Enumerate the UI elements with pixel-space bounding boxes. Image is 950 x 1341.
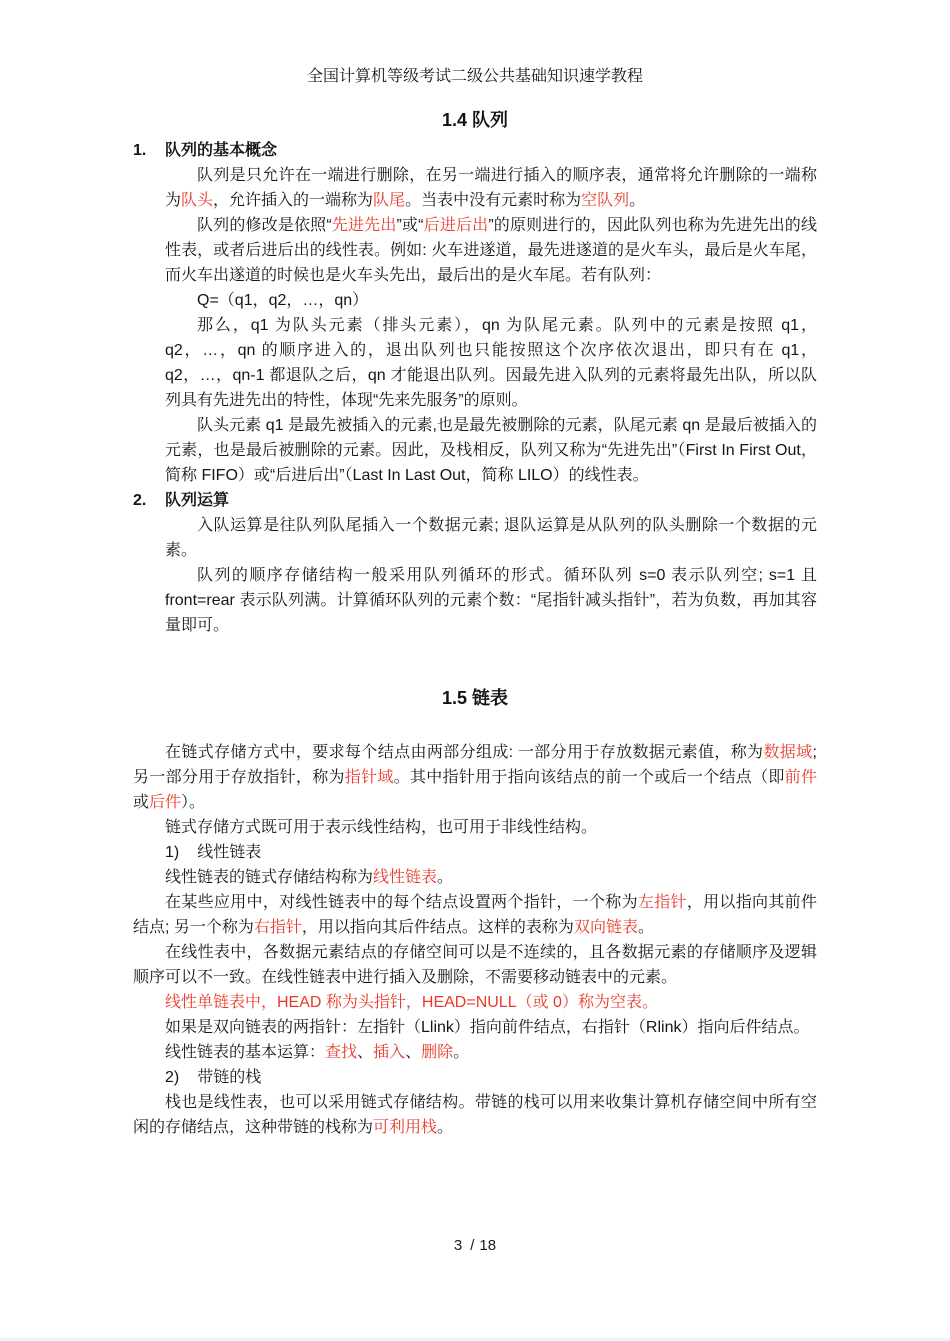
paragraph: 队列的顺序存储结构一般采用队列循环的形式。循环队列 s=0 表示队列空; s=1… xyxy=(165,563,817,638)
text-run: 队列的修改是依照“ xyxy=(197,217,332,234)
section-heading: 1.4 队列 xyxy=(133,108,817,132)
text-run: 、 xyxy=(357,1044,373,1061)
text-run: ）。 xyxy=(181,794,205,811)
paragraph: 线性单链表中，HEAD 称为头指针，HEAD=NULL（或 0）称为空表。 xyxy=(133,990,817,1015)
formula-line: Q=（q1，q2，…，qn） xyxy=(165,288,817,313)
total-page-count: 18 xyxy=(479,1237,496,1254)
highlighted-term: 队尾 xyxy=(373,192,405,209)
text-run: 在链式存储方式中，要求每个结点由两部分组成: 一部分用于存放数据元素值，称为 xyxy=(165,744,763,761)
paragraph: 线性链表的链式存储结构称为线性链表。 xyxy=(133,865,817,890)
numbered-item-heading: 2.队列运算 xyxy=(133,488,817,513)
text-run: 队列的顺序存储结构一般采用队列循环的形式。循环队列 s=0 表示队列空; s=1… xyxy=(165,567,817,634)
text-run: 入队运算是往队列队尾插入一个数据元素; 退队运算是从队列的队头删除一个数据的元素… xyxy=(165,517,817,559)
current-page-number: 3 xyxy=(454,1237,462,1254)
text-run: 链式存储方式既可用于表示线性结构，也可用于非线性结构。 xyxy=(165,819,597,836)
paragraph: 在某些应用中，对线性链表中的每个结点设置两个指针，一个称为左指针，用以指向其前件… xyxy=(133,890,817,940)
highlighted-term: 指针域 xyxy=(345,769,394,786)
paragraph: 如果是双向链表的两指针：左指针（Llink）指向前件结点，右指针（Rlink）指… xyxy=(133,1015,817,1040)
paragraph: 入队运算是往队列队尾插入一个数据元素; 退队运算是从队列的队头删除一个数据的元素… xyxy=(165,513,817,563)
highlighted-term: 插入 xyxy=(373,1044,405,1061)
highlighted-term: 可利用栈 xyxy=(373,1119,437,1136)
numbered-item-heading: 1.队列的基本概念 xyxy=(133,138,817,163)
text-run: 。 xyxy=(638,919,654,936)
highlighted-term: 队头 xyxy=(181,192,213,209)
paragraph: 那么，q1 为队头元素（排头元素），qn 为队尾元素。队列中的元素是按照 q1，… xyxy=(165,313,817,413)
section-2: 1.5 链表在链式存储方式中，要求每个结点由两部分组成: 一部分用于存放数据元素… xyxy=(133,686,817,1140)
section-1: 1.4 队列1.队列的基本概念队列是只允许在一端进行删除，在另一端进行插入的顺序… xyxy=(133,108,817,638)
item-title: 队列运算 xyxy=(165,488,229,513)
text-run: 如果是双向链表的两指针：左指针（Llink）指向前件结点，右指针（Rlink）指… xyxy=(165,1019,809,1036)
text-run: 队头元素 q1 是最先被插入的元素,也是最先被删除的元素，队尾元素 qn 是最后… xyxy=(165,417,817,484)
highlighted-term: 双向链表 xyxy=(574,919,638,936)
highlighted-term: 线性链表 xyxy=(373,869,437,886)
item-title: 带链的栈 xyxy=(197,1069,261,1086)
text-run: 。 xyxy=(437,869,453,886)
section-blocks: 1.队列的基本概念队列是只允许在一端进行删除，在另一端进行插入的顺序表，通常将允… xyxy=(133,138,817,638)
text-run: 在某些应用中，对线性链表中的每个结点设置两个指针，一个称为 xyxy=(165,894,638,911)
page-footer: 3/18 xyxy=(0,1237,950,1254)
text-run: 栈也是线性表，也可以采用链式存储结构。带链的栈可以用来收集计算机存储空间中所有空… xyxy=(133,1094,817,1136)
text-run: 。当表中没有元素时称为 xyxy=(405,192,581,209)
highlighted-term: 空队列 xyxy=(581,192,629,209)
item-number: 1. xyxy=(133,138,165,163)
text-run: 。 xyxy=(629,192,645,209)
paragraph: 队列是只允许在一端进行删除，在另一端进行插入的顺序表，通常将允许删除的一端称为队… xyxy=(165,163,817,213)
highlighted-term: 线性单链表中，HEAD 称为头指针，HEAD=NULL（或 0）称为空表。 xyxy=(165,994,658,1011)
paragraph: 链式存储方式既可用于表示线性结构，也可用于非线性结构。 xyxy=(133,815,817,840)
text-run: 。 xyxy=(453,1044,469,1061)
item-title: 线性链表 xyxy=(197,844,261,861)
highlighted-term: 前件 xyxy=(785,769,817,786)
text-run: 。 xyxy=(437,1119,453,1136)
highlighted-term: 后进后出 xyxy=(423,217,488,234)
sub-item-heading: 1)线性链表 xyxy=(133,840,817,865)
text-run: 在线性表中，各数据元素结点的存储空间可以是不连续的，且各数据元素的存储顺序及逻辑… xyxy=(133,944,817,986)
section-heading: 1.5 链表 xyxy=(133,686,817,710)
paragraph: 队头元素 q1 是最先被插入的元素,也是最先被删除的元素，队尾元素 qn 是最后… xyxy=(165,413,817,488)
paragraph: 线性链表的基本运算：查找、插入、删除。 xyxy=(133,1040,817,1065)
highlighted-term: 先进先出 xyxy=(332,217,397,234)
sub-item-heading: 2)带链的栈 xyxy=(133,1065,817,1090)
item-number: 2. xyxy=(133,488,165,513)
paragraph: 栈也是线性表，也可以采用链式存储结构。带链的栈可以用来收集计算机存储空间中所有空… xyxy=(133,1090,817,1140)
paragraph: 在链式存储方式中，要求每个结点由两部分组成: 一部分用于存放数据元素值，称为数据… xyxy=(133,740,817,815)
highlighted-term: 右指针 xyxy=(254,919,302,936)
text-run: ，用以指向其后件结点。这样的表称为 xyxy=(302,919,574,936)
highlighted-term: 数据域 xyxy=(763,744,812,761)
highlighted-term: 左指针 xyxy=(638,894,687,911)
item-number: 1) xyxy=(165,844,179,861)
text-run: 。其中指针用于指向该结点的前一个或后一个结点（即 xyxy=(394,769,785,786)
text-run: 、 xyxy=(405,1044,421,1061)
text-run: 或 xyxy=(133,794,149,811)
section-blocks: 在链式存储方式中，要求每个结点由两部分组成: 一部分用于存放数据元素值，称为数据… xyxy=(133,740,817,1140)
text-run: 线性链表的基本运算： xyxy=(165,1044,325,1061)
text-run: 线性链表的链式存储结构称为 xyxy=(165,869,373,886)
item-number: 2) xyxy=(165,1069,179,1086)
item-title: 队列的基本概念 xyxy=(165,138,277,163)
highlighted-term: 查找 xyxy=(325,1044,357,1061)
paragraph: 在线性表中，各数据元素结点的存储空间可以是不连续的，且各数据元素的存储顺序及逻辑… xyxy=(133,940,817,990)
document-header-title: 全国计算机等级考试二级公共基础知识速学教程 xyxy=(0,66,950,88)
document-body: 1.4 队列1.队列的基本概念队列是只允许在一端进行删除，在另一端进行插入的顺序… xyxy=(133,108,817,1140)
document-page: 全国计算机等级考试二级公共基础知识速学教程 1.4 队列1.队列的基本概念队列是… xyxy=(0,0,950,1341)
paragraph: 队列的修改是依照“先进先出”或“后进后出”的原则进行的，因此队列也称为先进先出的… xyxy=(165,213,817,288)
highlighted-term: 删除 xyxy=(421,1044,453,1061)
highlighted-term: 后件 xyxy=(149,794,181,811)
text-run: 那么，q1 为队头元素（排头元素），qn 为队尾元素。队列中的元素是按照 q1，… xyxy=(165,317,817,409)
page-number-separator: / xyxy=(470,1237,474,1254)
text-run: ，允许插入的一端称为 xyxy=(213,192,373,209)
text-run: ”或“ xyxy=(396,217,423,234)
